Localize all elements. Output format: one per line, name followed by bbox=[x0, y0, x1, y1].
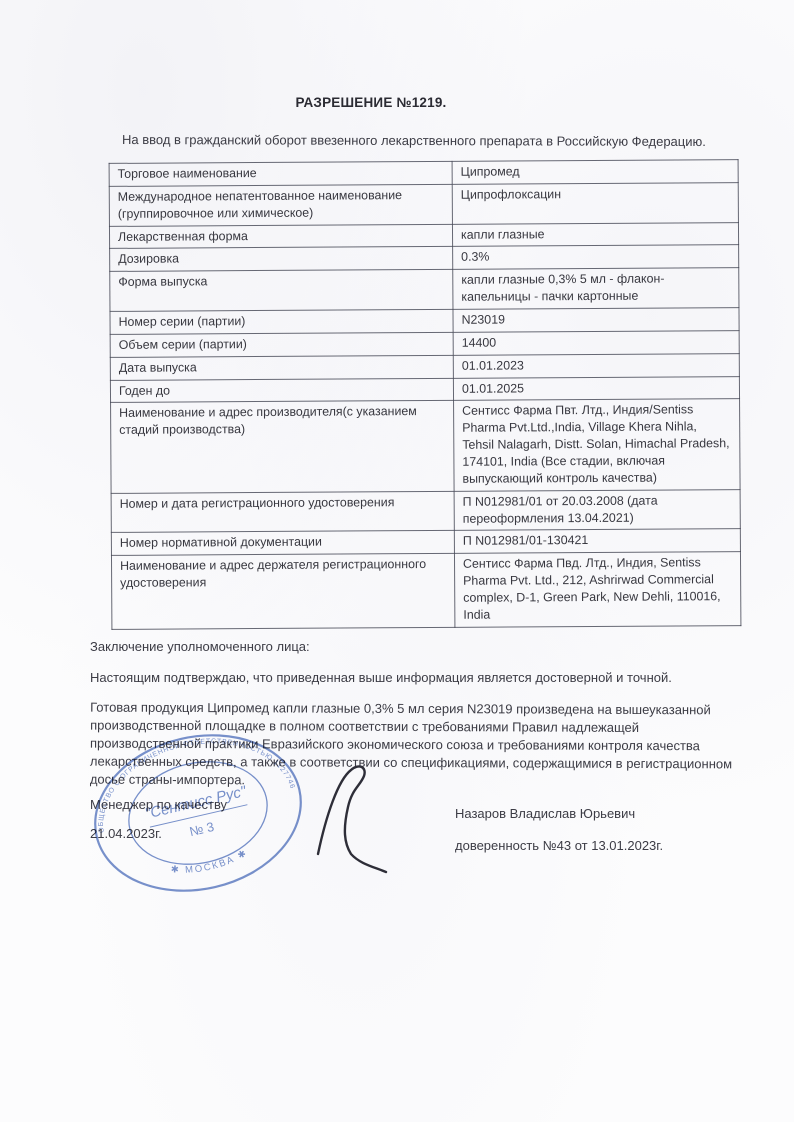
signatory-name: Назаров Владислав Юрьевич bbox=[455, 806, 635, 821]
table-row: Форма выпуска капли глазные 0,3% 5 мл - … bbox=[110, 268, 739, 312]
row-label: Номер серии (партии) bbox=[110, 309, 453, 334]
row-label: Наименование и адрес производителя(с ука… bbox=[111, 401, 455, 493]
table-row: Наименование и адрес производителя(с ука… bbox=[111, 399, 741, 493]
document-title: РАЗРЕШЕНИЕ №1219. bbox=[0, 95, 742, 110]
row-value: 14400 bbox=[453, 330, 739, 355]
row-value: П N012981/01 от 20.03.2008 (дата переофо… bbox=[454, 489, 740, 530]
row-label: Наименование и адрес держателя регистрац… bbox=[111, 554, 454, 630]
row-value: капли глазные 0,3% 5 мл - флакон-капельн… bbox=[453, 268, 739, 309]
row-value: 01.01.2023 bbox=[453, 353, 739, 378]
row-label: Торговое наименование bbox=[109, 161, 452, 186]
row-value: Сентисс Фарма Пвд. Лтд., Индия, Sentiss … bbox=[454, 552, 740, 627]
table-row: Наименование и адрес держателя регистрац… bbox=[111, 552, 740, 629]
row-value: 0.3% bbox=[453, 245, 739, 270]
row-label: Годен до bbox=[110, 378, 453, 403]
row-label: Лекарственная форма bbox=[109, 224, 452, 249]
row-value: капли глазные bbox=[452, 222, 738, 247]
row-label: Международное непатентованное наименован… bbox=[109, 184, 452, 226]
row-value: Ципрофлоксацин bbox=[452, 182, 738, 223]
signatory-authority: доверенность №43 от 13.01.2023г. bbox=[455, 838, 663, 853]
row-label: Номер и дата регистрационного удостовере… bbox=[111, 491, 454, 533]
row-label: Форма выпуска bbox=[110, 270, 453, 312]
row-label: Номер нормативной документации bbox=[111, 531, 454, 556]
row-label: Дата выпуска bbox=[110, 355, 453, 380]
row-label: Объем серии (партии) bbox=[110, 332, 453, 357]
scanned-document-page: РАЗРЕШЕНИЕ №1219. На ввод в гражданский … bbox=[0, 0, 794, 1122]
document-subtitle: На ввод в гражданский оборот ввезенного … bbox=[122, 132, 706, 149]
conclusion-heading: Заключение уполномоченного лица: bbox=[90, 639, 310, 654]
row-value: Сентисс Фарма Пвт. Лтд., Индия/Sentiss P… bbox=[454, 399, 741, 491]
product-info-table: Торговое наименование Ципромед Междунаро… bbox=[109, 159, 742, 630]
confirmation-text: Настоящим подтверждаю, что приведенная в… bbox=[90, 670, 672, 685]
row-value: N23019 bbox=[453, 308, 739, 333]
stamp-number: № 3 bbox=[188, 819, 216, 839]
company-stamp: ОБЩЕСТВО С ОГРАНИЧЕННОЙ ОТВЕТСТВЕННОСТЬЮ… bbox=[86, 728, 310, 898]
table-row: Номер и дата регистрационного удостовере… bbox=[111, 489, 740, 533]
table-row: Международное непатентованное наименован… bbox=[109, 182, 738, 226]
row-value: Ципромед bbox=[452, 160, 738, 185]
row-label: Дозировка bbox=[110, 247, 453, 272]
row-value: 01.01.2025 bbox=[453, 376, 739, 401]
stamp-inner-ring bbox=[119, 749, 278, 878]
handwritten-signature bbox=[306, 758, 406, 878]
row-value: П N012981/01-130421 bbox=[454, 529, 740, 554]
